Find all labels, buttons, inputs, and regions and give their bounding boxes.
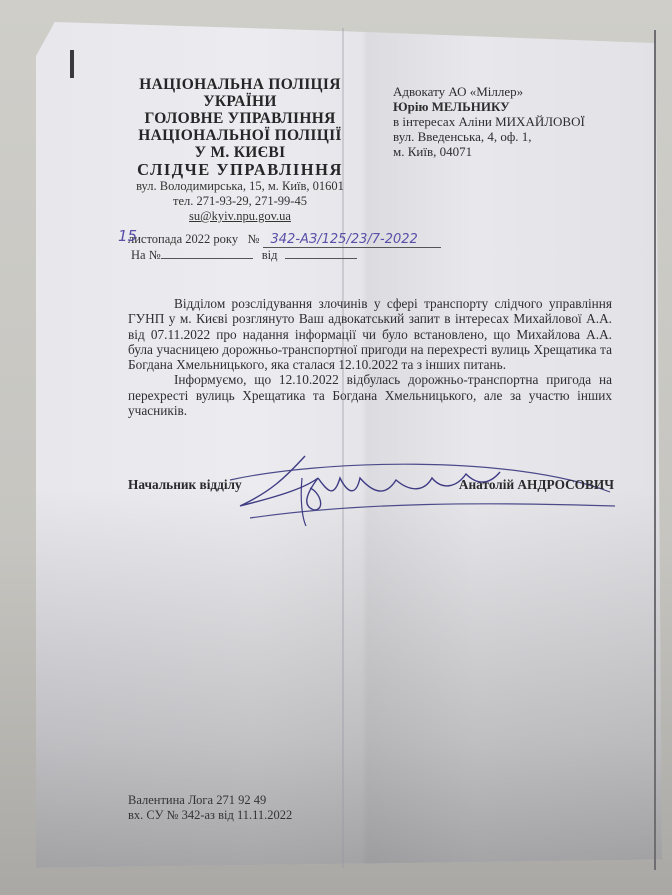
letterhead: НАЦІОНАЛЬНА ПОЛІЦІЯ УКРАЇНИ ГОЛОВНЕ УПРА… xyxy=(122,76,358,224)
body-paragraph: Відділом розслідування злочинів у сфері … xyxy=(128,296,612,372)
paper-right-edge xyxy=(654,30,656,870)
org-email: su@kyiv.npu.gov.ua xyxy=(122,209,358,224)
addressee-name: Юрію МЕЛЬНИКУ xyxy=(393,99,633,114)
addressee-line: Адвокату АО «Міллер» xyxy=(393,84,633,99)
org-line: НАЦІОНАЛЬНОЇ ПОЛІЦІЇ xyxy=(122,127,358,144)
executor-note: Валентина Лога 271 92 49 вх. СУ № 342-аз… xyxy=(128,793,292,823)
department-name: СЛІДЧЕ УПРАВЛІННЯ xyxy=(122,161,358,179)
executor-line: Валентина Лога 271 92 49 xyxy=(128,793,292,808)
org-address: вул. Володимирська, 15, м. Київ, 01601 xyxy=(122,179,358,194)
org-phone: тел. 271-93-29, 271-99-45 xyxy=(122,194,358,209)
addressee-block: Адвокату АО «Міллер» Юрію МЕЛЬНИКУ в інт… xyxy=(393,84,633,159)
reference-line: На № від xyxy=(131,248,357,263)
number-label: № xyxy=(247,232,259,246)
ref-blank xyxy=(161,258,253,259)
addressee-line: м. Київ, 04071 xyxy=(393,144,633,159)
org-line: ГОЛОВНЕ УПРАВЛІННЯ xyxy=(122,110,358,127)
ref-label: На № xyxy=(131,248,161,262)
signatory-position: Начальник відділу xyxy=(128,477,242,493)
body-paragraph: Інформуємо, що 12.10.2022 відбулась доро… xyxy=(128,372,612,418)
org-line: УКРАЇНИ xyxy=(122,93,358,110)
from-label: від xyxy=(262,248,278,262)
registration-line: 15 листопада 2022 року № 342-АЗ/125/23/7… xyxy=(128,232,441,248)
from-blank xyxy=(285,258,357,259)
incoming-reg-line: вх. СУ № 342-аз від 11.11.2022 xyxy=(128,808,292,823)
addressee-line: в інтересах Аліни МИХАЙЛОВОЇ xyxy=(393,114,633,129)
handwritten-number: 342-АЗ/125/23/7-2022 xyxy=(263,232,441,248)
handwritten-day: 15 xyxy=(118,227,137,245)
margin-mark xyxy=(70,50,74,78)
signatory-name: Анатолій АНДРОСОВИЧ xyxy=(459,477,614,493)
org-line: У М. КИЄВІ xyxy=(122,144,358,161)
registration-date: листопада 2022 року xyxy=(128,232,238,246)
letter-body: Відділом розслідування злочинів у сфері … xyxy=(128,296,612,418)
addressee-line: вул. Введенська, 4, оф. 1, xyxy=(393,129,633,144)
org-line: НАЦІОНАЛЬНА ПОЛІЦІЯ xyxy=(122,76,358,93)
